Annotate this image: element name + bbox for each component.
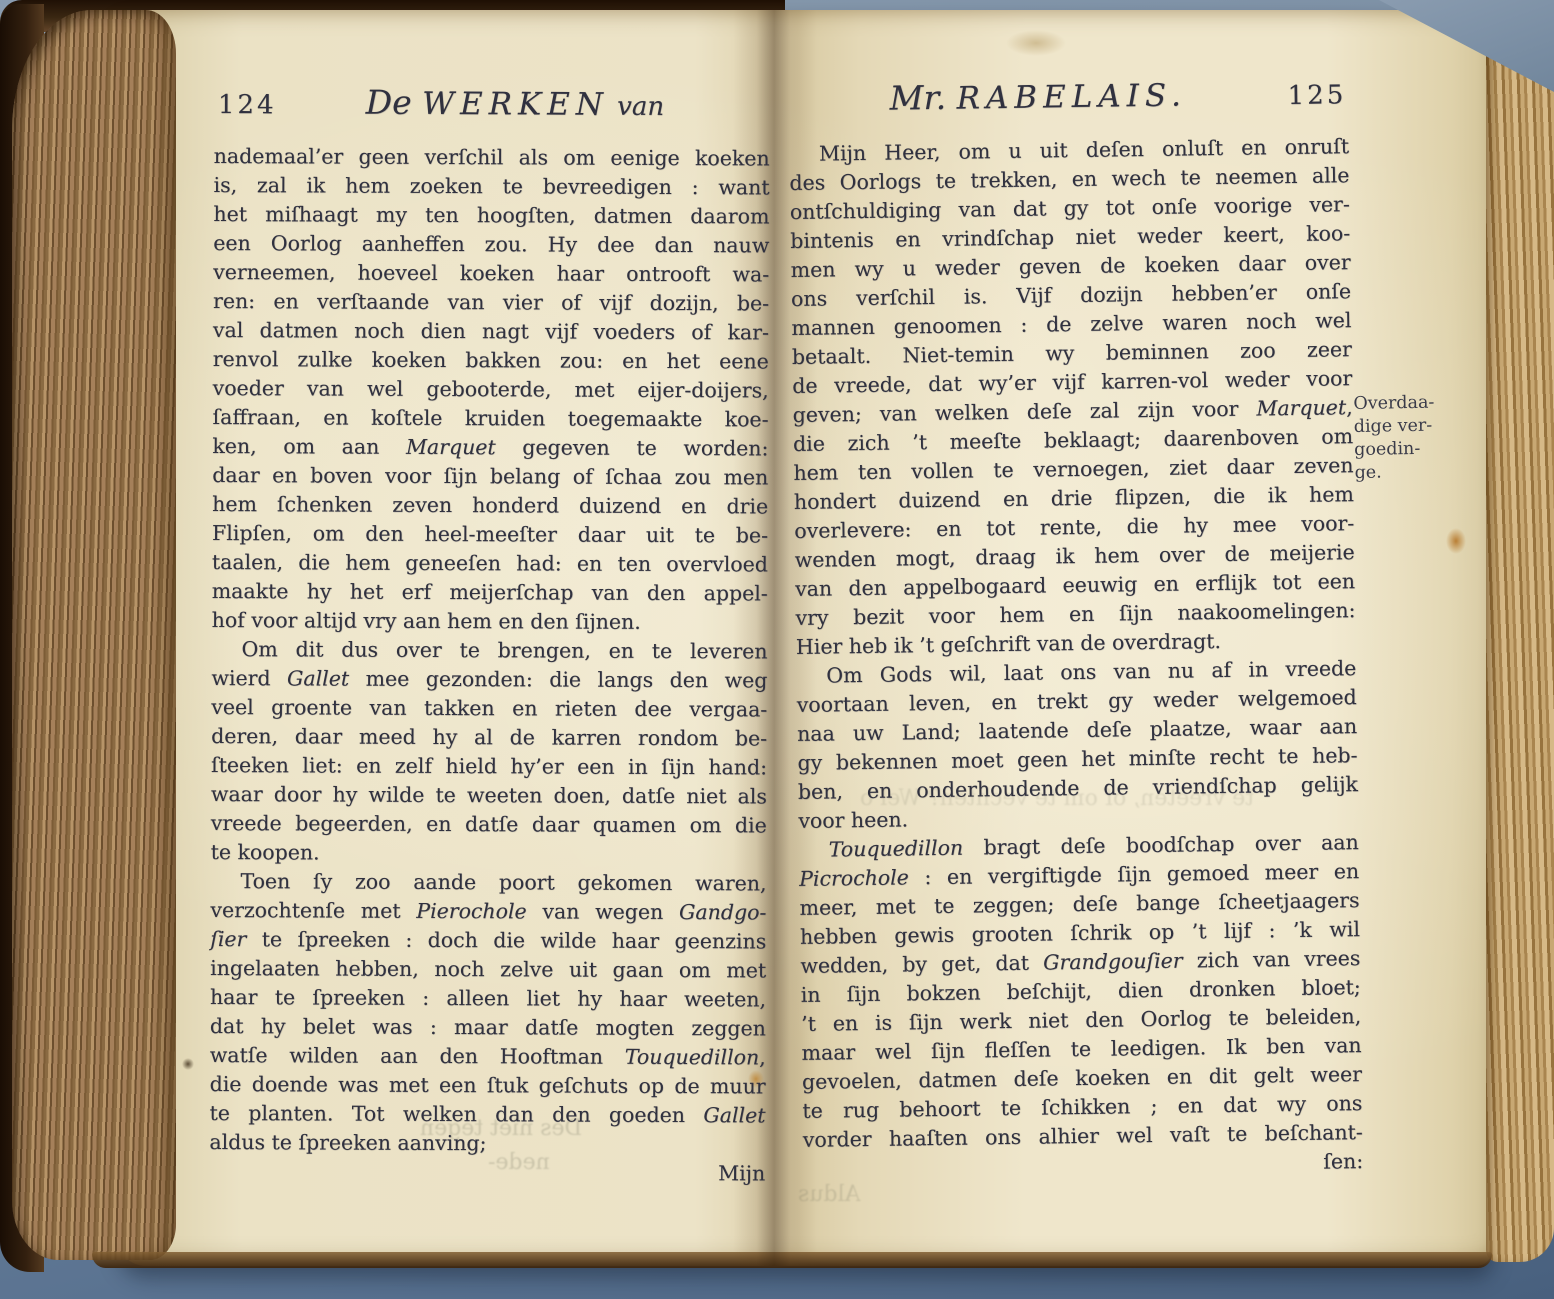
text-line: Mijn: [209, 1157, 765, 1188]
text-line: veel groente van takken en rieten dee ve…: [211, 693, 767, 724]
running-header: 124 De WERKEN van: [214, 82, 770, 132]
text-line: val datmen noch dien nagt vijf voeders o…: [213, 316, 769, 347]
text-line: taalen, die hem geneeſen had: en ten ove…: [212, 548, 768, 579]
text-line: wierd Gallet mee gezonden: die langs den…: [211, 664, 767, 695]
foxing-stain: [1446, 528, 1466, 554]
text-line: ſier te ſpreeken : doch die wilde haar g…: [210, 925, 766, 956]
text-line: nademaal’er geen verſchil als om eenige …: [214, 142, 770, 173]
page-stack-fore-edge-left: [12, 10, 176, 1260]
running-title-main: RABELAIS.: [956, 77, 1187, 116]
margin-note-line: ge.: [1354, 460, 1474, 485]
margin-note-line: Overdaa-: [1353, 391, 1473, 416]
running-title-post: van: [609, 92, 664, 122]
text-line: ſaffraan, en koſtele kruiden toegemaakte…: [212, 403, 768, 434]
text-line: vreede begeerden, en datſe daar quamen o…: [211, 809, 767, 840]
page-body-text: nademaal’er geen verſchil als om eenige …: [209, 142, 770, 1188]
page-number: 124: [218, 90, 277, 120]
text-line: hem ſchenken zeven honderd duizend en dr…: [212, 490, 768, 521]
foxing-stain: [182, 1058, 194, 1070]
margin-note: Overdaa-dige ver-goedin-ge.: [1353, 391, 1475, 485]
text-line: voeder van wel gebooterde, met eijer-doi…: [213, 374, 769, 405]
text-line: verzochtenſe met Pierochole van wegen Ga…: [210, 896, 766, 927]
text-line: maakte hy het erf meijerſchap van den ap…: [212, 577, 768, 608]
text-line: het miſhaagt my ten hoogſten, datmen daa…: [213, 200, 769, 231]
page-125: 125 Mr. RABELAIS. Mijn Heer, om u uit de…: [788, 72, 1363, 1184]
running-header: 125 Mr. RABELAIS.: [788, 72, 1349, 128]
text-line: te planten. Tot welken dan den goeden Ga…: [209, 1099, 765, 1130]
show-through-text: Aldus: [798, 1182, 860, 1207]
text-line: is, zal ik hem zoeken te bevreedigen : w…: [213, 171, 769, 202]
running-title: De WERKEN van: [214, 82, 770, 123]
text-line: Om dit dus over te brengen, en te levere…: [211, 635, 767, 666]
text-line: dat hy belet was : maar datſe mogten zeg…: [210, 1012, 766, 1043]
margin-note-line: goedin-: [1354, 437, 1474, 462]
page-124: 124 De WERKEN van nademaal’er geen verſc…: [209, 82, 770, 1188]
margin-note-line: dige ver-: [1354, 414, 1474, 439]
text-line: verneemen, hoeveel koeken haar ontrooft …: [213, 258, 769, 289]
text-line: ingelaaten hebben, noch zelve uit gaan o…: [210, 954, 766, 985]
text-line: die doende was met een ſtuk geſchuts op …: [210, 1070, 766, 1101]
text-line: watſe wilden aan den Hooftman Touquedill…: [210, 1041, 766, 1072]
text-line: waar door hy wilde te weeten doen, datſe…: [211, 780, 767, 811]
text-line: renvol zulke koeken bakken zou: en het e…: [213, 345, 769, 376]
text-line: haar te ſpreeken : alleen liet hy haar w…: [210, 983, 766, 1014]
text-line: daar en boven voor ſijn belang of ſchaa …: [212, 461, 768, 492]
running-title: Mr. RABELAIS.: [788, 72, 1348, 119]
page-stack-fore-edge-right: [1486, 24, 1554, 1262]
text-line: ken, om aan Marquet gegeven te worden:: [212, 432, 768, 463]
text-line: Toen ſy zoo aande poort gekomen waren,: [210, 867, 766, 898]
running-title-pre: Mr.: [889, 78, 956, 118]
text-line: hof voor altijd vry aan hem en den ſijne…: [212, 606, 768, 637]
running-title-pre: De: [366, 83, 423, 122]
book-photo: Des niet tegen nede- Aldus te vreeten, o…: [0, 0, 1554, 1299]
foxing-stain: [1006, 30, 1066, 56]
text-line: ſteeken liet: en zelf hield hy’er een in…: [211, 751, 767, 782]
text-line: Flipſen, om den heel-meeſter daar uit te…: [212, 519, 768, 550]
text-line: een Oorlog aanheffen zou. Hy dee dan nau…: [213, 229, 769, 260]
running-title-main: WERKEN: [422, 86, 609, 123]
page-number: 125: [1287, 80, 1346, 111]
page-body-text: Mijn Heer, om u uit deſen onluſt en onru…: [789, 132, 1364, 1184]
text-line: te koopen.: [211, 838, 767, 869]
text-line: aldus te ſpreeken aanving;: [209, 1128, 765, 1159]
text-line: deren, daar meed hy al de karren rondom …: [211, 722, 767, 753]
text-line: ren: en verſtaande van vier of vijf dozi…: [213, 287, 769, 318]
